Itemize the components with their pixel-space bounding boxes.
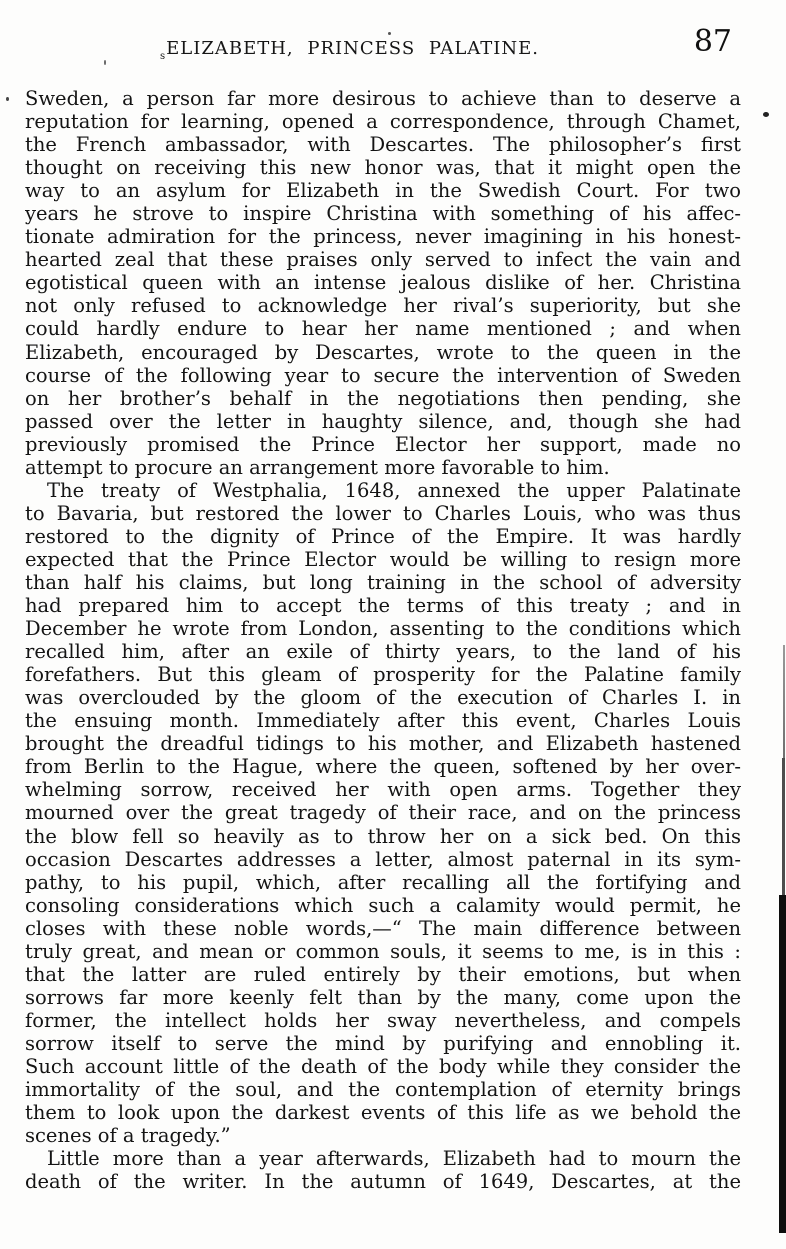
text-line: passed over the letter in haughty silenc… — [25, 410, 741, 433]
text-line: the blow fell so heavily as to throw her… — [25, 825, 741, 848]
text-line: not only refused to acknowledge her riva… — [25, 294, 741, 317]
text-line: brought the dreadful tidings to his moth… — [25, 732, 741, 755]
text-line: reputation for learning, opened a corres… — [25, 110, 741, 133]
paragraph: The treaty of Westphalia, 1648, annexed … — [25, 479, 741, 1147]
text-line: restored to the dignity of Prince of the… — [25, 525, 741, 548]
paragraph: Sweden, a person far more desirous to ac… — [25, 87, 741, 479]
text-line: December he wrote from London, assenting… — [25, 617, 741, 640]
text-line: forefathers. But this gleam of prosperit… — [25, 663, 741, 686]
page-title: sELIZABETH, PRINCESS PALATINE. — [160, 38, 539, 59]
text-line: them to look upon the darkest events of … — [25, 1101, 741, 1124]
scan-edge-shadow — [779, 895, 786, 1233]
text-line: The treaty of Westphalia, 1648, annexed … — [25, 479, 741, 502]
text-block: Sweden, a person far more desirous to ac… — [25, 87, 741, 1193]
text-line: consoling considerations which such a ca… — [25, 894, 741, 917]
text-line: Such account little of the death of the … — [25, 1055, 741, 1078]
page-number: 87 — [694, 24, 732, 59]
text-line: whelming sorrow, received her with open … — [25, 778, 741, 801]
ink-speck — [6, 97, 9, 101]
text-line: thought on receiving this new honor was,… — [25, 156, 741, 179]
text-line: Little more than a year afterwards, Eliz… — [25, 1147, 741, 1170]
text-line: attempt to procure an arrangement more f… — [25, 456, 741, 479]
scan-edge-line — [783, 645, 785, 900]
text-line: immortality of the soul, and the contemp… — [25, 1078, 741, 1101]
text-line: previously promised the Prince Elector h… — [25, 433, 741, 456]
text-line: Sweden, a person far more desirous to ac… — [25, 87, 741, 110]
text-line: occasion Descartes addresses a letter, a… — [25, 848, 741, 871]
book-page: sELIZABETH, PRINCESS PALATINE. 87 Sweden… — [0, 0, 786, 1249]
scan-edge-line — [782, 758, 785, 898]
text-line: that the latter are ruled entirely by th… — [25, 963, 741, 986]
text-line: expected that the Prince Elector would b… — [25, 548, 741, 571]
text-line: death of the writer. In the autumn of 16… — [25, 1170, 741, 1193]
text-line: former, the intellect holds her sway nev… — [25, 1009, 741, 1032]
text-line: sorrows far more keenly felt than by the… — [25, 986, 741, 1009]
text-line: tionate admiration for the princess, nev… — [25, 225, 741, 248]
print-artifact-mark: s — [160, 51, 165, 62]
page-title-text: ELIZABETH, PRINCESS PALATINE. — [166, 38, 539, 59]
paragraph: Little more than a year afterwards, Eliz… — [25, 1147, 741, 1193]
text-line: could hardly endure to hear her name men… — [25, 317, 741, 340]
text-line: sorrow itself to serve the mind by purif… — [25, 1032, 741, 1055]
text-line: to Bavaria, but restored the lower to Ch… — [25, 502, 741, 525]
text-line: hearted zeal that these praises only ser… — [25, 248, 741, 271]
text-line: the French ambassador, with Descartes. T… — [25, 133, 741, 156]
ink-speck — [763, 112, 769, 117]
text-line: had prepared him to accept the terms of … — [25, 594, 741, 617]
text-line: pathy, to his pupil, which, after recall… — [25, 871, 741, 894]
running-header: sELIZABETH, PRINCESS PALATINE. 87 — [0, 0, 786, 80]
text-line: from Berlin to the Hague, where the quee… — [25, 755, 741, 778]
text-line: on her brother’s behalf in the negotiati… — [25, 387, 741, 410]
text-line: way to an asylum for Elizabeth in the Sw… — [25, 179, 741, 202]
text-line: scenes of a tragedy.” — [25, 1124, 741, 1147]
text-line: was overclouded by the gloom of the exec… — [25, 686, 741, 709]
text-line: than half his claims, but long training … — [25, 571, 741, 594]
text-line: truly great, and mean or common souls, i… — [25, 940, 741, 963]
text-line: Elizabeth, encouraged by Descartes, wrot… — [25, 341, 741, 364]
text-line: the ensuing month. Immediately after thi… — [25, 709, 741, 732]
text-line: course of the following year to secure t… — [25, 364, 741, 387]
text-line: closes with these noble words,—“ The mai… — [25, 917, 741, 940]
text-line: egotistical queen with an intense jealou… — [25, 271, 741, 294]
text-line: years he strove to inspire Christina wit… — [25, 202, 741, 225]
text-line: recalled him, after an exile of thirty y… — [25, 640, 741, 663]
text-line: mourned over the great tragedy of their … — [25, 801, 741, 824]
